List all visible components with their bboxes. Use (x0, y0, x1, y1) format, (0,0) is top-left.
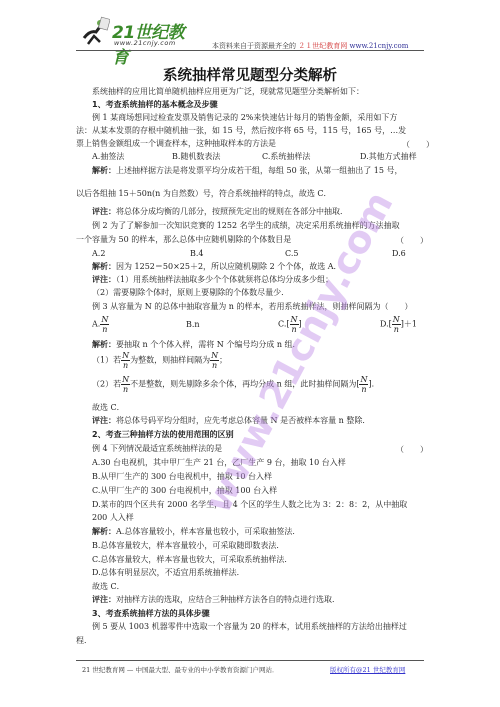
document-page: 21世纪教育 www.21cnjy.com 本资料来自于资源最齐全的 ２１世纪教… (0, 0, 500, 707)
ex4-option-c: C.从甲厂生产的 300 台电视机中，抽取 100 台入样 (92, 486, 277, 496)
footer-text: 21 世纪教育网 — 中国最大型、最专业的中小学教育资源门户网站． (82, 665, 278, 674)
ex1-comment: 评注：将总体分成均衡的几部分，按照预先定出的规则在各部分中抽取． (92, 207, 348, 217)
comment-label: 评注： (92, 275, 116, 284)
fraction: Nn (359, 375, 368, 394)
ex4-analysis-a: A.总体容量较小，样本容量也较小，可采取抽签法． (116, 527, 300, 536)
ex2-option-d: D.6 (392, 249, 406, 259)
runner-logo-icon (80, 16, 110, 46)
ex1-option-a: A.抽签法 (92, 152, 124, 162)
ex4-analysis-c: C.总体容量较大，样本容量也较大，可采取系统抽样法． (92, 555, 292, 565)
ex4-line1: 例 4 下列情况最适宜系统抽样法的是 (92, 444, 222, 454)
option-label: D. (380, 320, 389, 329)
comment-label: 评注： (92, 595, 116, 604)
ex4-comment: 评注：对抽样方法的选取，应结合三种抽样方法各自的特点进行选取． (92, 595, 340, 605)
ex5-line1: 例 5 要从 1003 机器零件中选取一个容量为 20 的样本，试用系统抽样的方… (92, 622, 407, 632)
ex4-analysis-d: D.总体有明显层次，不适宜用系统抽样法． (92, 568, 245, 578)
comment-label: 评注： (92, 416, 116, 425)
copyright-link[interactable]: 版权所有@21 世纪教育网 (330, 665, 405, 674)
ex1-option-d: D.其他方式抽样 (360, 152, 417, 162)
page-title: 系统抽样常见题型分类解析 (0, 64, 500, 85)
denominator: n (359, 385, 368, 394)
case-end: ； (219, 356, 227, 365)
ex1-comment-text: 将总体分成均衡的几部分，按照预先定出的规则在各部分中抽取． (116, 207, 348, 216)
intro-text: 系统抽样的应用比简单随机抽样应用更为广泛，现就常见题型分类解析如下： (92, 87, 364, 97)
numerator: N (210, 351, 219, 361)
ex3-comment: 评注：将总体号码平均分组时，应先考虑总体容量 N 是否被样本容量 n 整除． (92, 416, 370, 426)
fraction: Nn (121, 351, 130, 370)
case-prefix: （1）若 (92, 356, 121, 365)
ex2-option-c: C.5 (285, 249, 298, 259)
ex2-comment: 评注：（1）用系统抽样法抽取多少个个体就须将总体均分成多少组； (92, 275, 333, 285)
denominator: n (121, 361, 130, 370)
ex3-analysis-text: 要抽取 n 个个体入样，需将 N 个编号均分成 n 组． (116, 340, 301, 349)
numerator: N (121, 351, 130, 361)
ex3-comment-text: 将总体号码平均分组时，应先考虑总体容量 N 是否被样本容量 n 整除． (116, 416, 370, 425)
fraction: Nn (210, 351, 219, 370)
ex2-option-b: B.4 (190, 249, 204, 259)
ex3-option-c: C.[Nn] (278, 315, 302, 334)
analysis-label: 解析： (92, 166, 116, 175)
ex1-analysis-line2: 以后各组抽 15＋50n(n 为自然数）号，符合系统抽样的特点，故选 C． (76, 189, 332, 199)
numerator: N (392, 315, 401, 325)
ex2-line2: 一个容量为 50 的样本，那么总体中应随机剔除的个体数目是 (76, 235, 291, 245)
suffix: ＋1 (404, 320, 417, 329)
source-brand[interactable]: ２１世纪教育网 (298, 42, 347, 50)
ex2-comment-text1: （1）用系统抽样法抽取多少个个体就须将总体均分成多少组； (116, 275, 333, 284)
denominator: n (290, 325, 299, 334)
numerator: N (121, 375, 130, 385)
ex2-analysis: 解析：因为 1252＝50×25＋2，所以应随机剔除 2 个个体，故选 A． (92, 262, 342, 272)
numerator: N (100, 315, 109, 325)
ex4-answer-paren: （ ） (396, 444, 428, 455)
ex3-option-a: A.Nn (92, 315, 109, 334)
ex1-line3: 票上销售金额组成一个调查样本，这种抽取样本的方法是 (76, 139, 276, 149)
ex4-option-d-cont: 200 人入样 (92, 513, 134, 523)
ex2-option-a: A.2 (92, 249, 105, 259)
ex2-analysis-text: 因为 1252＝50×25＋2，所以应随机剔除 2 个个体，故选 A． (116, 262, 342, 271)
denominator: n (392, 325, 401, 334)
header-divider (76, 50, 424, 51)
analysis-label: 解析： (92, 340, 116, 349)
ex4-option-a: A.30 台电视机，其中甲厂生产 21 台，乙厂生产 9 台，抽取 10 台入样 (92, 458, 346, 468)
source-url-link[interactable]: www.21cnjy.com (349, 42, 408, 50)
ex2-answer-paren: （ ） (396, 235, 428, 246)
ex1-answer-paren: （ ） (402, 139, 434, 150)
ex1-option-c: C.系统抽样法 (262, 152, 310, 162)
ex5-line2: 程． (76, 636, 92, 646)
ex3-analysis: 解析：要抽取 n 个个体入样，需将 N 个编号均分成 n 组． (92, 340, 301, 350)
ex2-line1: 例 2 为了了解参加一次知识竞赛的 1252 名学生的成绩，决定采用系统抽样的方… (92, 221, 400, 231)
ex3-option-d: D.[Nn]＋1 (380, 315, 417, 334)
section-heading-1: 1、考查系统抽样的基本概念及步骤 (92, 100, 218, 110)
fraction: Nn (100, 315, 109, 334)
case-text: 为整数，则抽样间隔为 (130, 356, 210, 365)
source-prefix: 本资料来自于资源最齐全的 (212, 42, 296, 50)
section-heading-2: 2、考查三种抽样方法的使用范围的区别 (92, 430, 234, 440)
analysis-label: 解析： (92, 262, 116, 271)
ex3-line1: 例 3 从容量为 N 的总体中抽取容量为 n 的样本，若用系统抽样法，则抽样间隔… (92, 302, 413, 312)
logo-url: www.21cnjy.com (114, 39, 176, 47)
ex3-case1: （1）若Nn为整数，则抽样间隔为Nn； (92, 351, 227, 370)
case-end: ． (372, 380, 380, 389)
section-heading-3: 3、考查系统抽样方法的具体步骤 (92, 609, 210, 619)
analysis-label: 解析： (92, 527, 116, 536)
fraction: Nn (290, 315, 299, 334)
case-text: 不是整数，则先剔除多余个体，再均分成 n 组，此时抽样间隔为 (130, 380, 356, 389)
ex1-analysis: 解析：上述抽样据方法是将发票平均分成若干组，每组 50 张，从第一组抽出了 15… (92, 166, 403, 176)
ex3-option-b: B.n (186, 320, 200, 330)
denominator: n (100, 325, 109, 334)
ex3-answer: 故选 C． (92, 403, 125, 413)
site-logo[interactable]: 21世纪教育 www.21cnjy.com (80, 12, 200, 48)
comment-label: 评注： (92, 207, 116, 216)
ex1-line2: 法：从某本发票的存根中随机抽一张，如 15 号，然后按序将 65 号，115 号… (76, 126, 406, 136)
ex4-option-b: B.从甲厂生产的 300 台电视机中，抽取 10 台入样 (92, 472, 272, 482)
ex1-line1: 例 1 某商场想同过检查发票及销售记录的 2%来快速估计每月的销售金额，采用如下… (92, 113, 397, 123)
ex4-analysis: 解析：A.总体容量较小，样本容量也较小，可采取抽签法． (92, 527, 300, 537)
option-label: C. (278, 320, 286, 329)
ex4-comment-text: 对抽样方法的选取，应结合三种抽样方法各自的特点进行选取． (116, 595, 340, 604)
ex3-case2: （2）若Nn不是整数，则先剔除多余个体，再均分成 n 组，此时抽样间隔为[Nn]… (92, 375, 380, 394)
ex2-comment-line2: （2）需要剔除个体时，原则上要剔除的个体数尽量少． (92, 288, 289, 298)
denominator: n (121, 385, 130, 394)
denominator: n (210, 361, 219, 370)
ex4-answer: 故选 C． (92, 582, 125, 592)
footer-divider (76, 660, 424, 661)
ex1-analysis-text: 上述抽样据方法是将发票平均分成若干组，每组 50 张，从第一组抽出了 15 号， (116, 166, 403, 175)
ex4-option-d: D.某市的四个区共有 2000 名学生，且 4 个区的学生人数之比为 3：2：8… (92, 500, 407, 510)
fraction: Nn (121, 375, 130, 394)
ex4-analysis-b: B.总体容量较大，样本容量较小，可采取随即数表法． (92, 541, 284, 551)
option-label: A. (92, 320, 100, 329)
numerator: N (359, 375, 368, 385)
fraction: Nn (392, 315, 401, 334)
numerator: N (290, 315, 299, 325)
ex1-option-b: B.随机数表法 (172, 152, 220, 162)
case-prefix: （2）若 (92, 380, 121, 389)
